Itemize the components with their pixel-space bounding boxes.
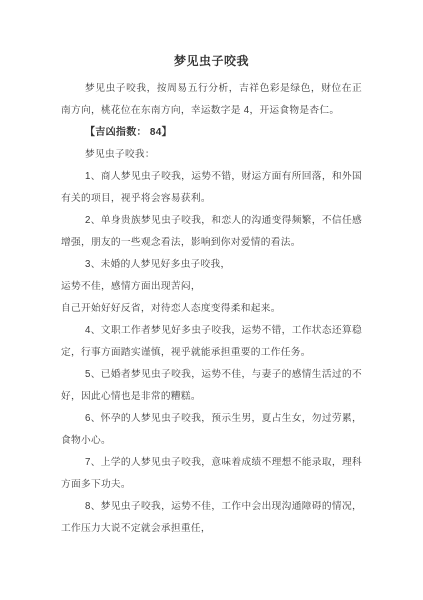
- item-3-line-1: 3、未婚的人梦见好多虫子咬我，: [61, 254, 362, 276]
- item-4-line-1: 4、文职工作者梦见好多虫子咬我，运势不错，工作状态还算稳: [61, 320, 362, 342]
- section-heading: 梦见虫子咬我：: [61, 144, 362, 166]
- intro-line-1: 梦见虫子咬我，按周易五行分析，吉祥色彩是绿色，财位在正: [61, 78, 362, 100]
- item-2-line-1: 2、单身贵族梦见虫子咬我，和恋人的沟通变得频繁，不信任感: [61, 210, 362, 232]
- item-3-line-2: 运势不佳，感情方面出现苦闷，: [61, 276, 362, 298]
- item-7-line-2: 方面多下功夫。: [61, 474, 362, 496]
- item-8-line-1: 8、梦见虫子咬我，运势不佳，工作中会出现沟通障碍的情况，: [61, 496, 362, 518]
- document-title: 梦见虫子咬我: [61, 50, 362, 72]
- item-1-line-2: 有关的项目，视乎将会容易获利。: [61, 188, 362, 210]
- item-6-line-1: 6、怀孕的人梦见虫子咬我，预示生男，夏占生女，勿过劳累，: [61, 408, 362, 430]
- item-7-line-1: 7、上学的人梦见虫子咬我，意味着成绩不理想不能录取，理科: [61, 452, 362, 474]
- intro-line-2: 南方向，桃花位在东南方向，幸运数字是 4，开运食物是杏仁。: [61, 100, 362, 122]
- document-page: 梦见虫子咬我 梦见虫子咬我，按周易五行分析，吉祥色彩是绿色，财位在正 南方向，桃…: [0, 0, 423, 600]
- document-body: 梦见虫子咬我，按周易五行分析，吉祥色彩是绿色，财位在正 南方向，桃花位在东南方向…: [61, 78, 362, 540]
- item-3-line-3: 自己开始好好反省，对待恋人态度变得柔和起来。: [61, 298, 362, 320]
- item-5-line-2: 好，因此心情也是非常的糟糕。: [61, 386, 362, 408]
- item-6-line-2: 食物小心。: [61, 430, 362, 452]
- luck-index: 【吉凶指数： 84】: [61, 122, 362, 144]
- item-2-line-2: 增强，朋友的一些观念看法，影响到你对爱情的看法。: [61, 232, 362, 254]
- item-1-line-1: 1、商人梦见虫子咬我，运势不错，财运方面有所回落，和外国: [61, 166, 362, 188]
- item-8-line-2: 工作压力大说不定就会承担重任，: [61, 518, 362, 540]
- item-5-line-1: 5、已婚者梦见虫子咬我，运势不佳，与妻子的感情生活过的不: [61, 364, 362, 386]
- item-4-line-2: 定，行事方面踏实谨慎，视乎就能承担重要的工作任务。: [61, 342, 362, 364]
